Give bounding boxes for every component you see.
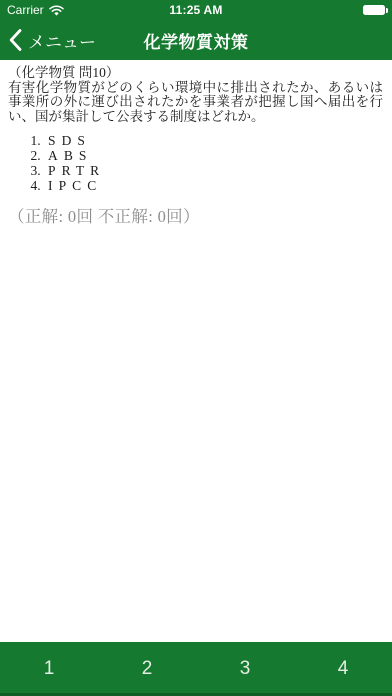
battery-icon [363, 5, 385, 15]
wifi-icon [49, 5, 64, 16]
answer-bar: 1 2 3 4 [0, 642, 392, 696]
app-screen: Carrier 11:25 AM メニュー 化学物質対策 [0, 0, 392, 696]
choice-list: SDS ABS PRTR IPCC [8, 133, 383, 193]
answer-button-2[interactable]: 2 [98, 642, 196, 696]
back-button[interactable]: メニュー [9, 20, 96, 60]
status-left: Carrier [7, 3, 64, 17]
page-title: 化学物質対策 [144, 28, 249, 53]
score-stats: （正解: 0回 不正解: 0回） [8, 207, 383, 227]
answer-button-1[interactable]: 1 [0, 642, 98, 696]
question-text: 有害化学物質がどのくらい環境中に排出されたか、あるいは事業所の外に運び出されたか… [8, 81, 383, 125]
question-header: （化学物質 問10） [8, 66, 383, 81]
choice-item-2: ABS [44, 148, 383, 163]
navigation-bar: メニュー 化学物質対策 [0, 20, 392, 60]
choice-item-1: SDS [44, 133, 383, 148]
answer-button-4[interactable]: 4 [294, 642, 392, 696]
status-bar: Carrier 11:25 AM [0, 0, 392, 20]
choice-item-4: IPCC [44, 178, 383, 193]
question-area: （化学物質 問10） 有害化学物質がどのくらい環境中に排出されたか、あるいは事業… [0, 60, 392, 642]
carrier-label: Carrier [7, 3, 44, 17]
back-button-label: メニュー [28, 28, 96, 53]
choice-item-3: PRTR [44, 163, 383, 178]
chevron-left-icon [9, 29, 22, 51]
answer-button-3[interactable]: 3 [196, 642, 294, 696]
